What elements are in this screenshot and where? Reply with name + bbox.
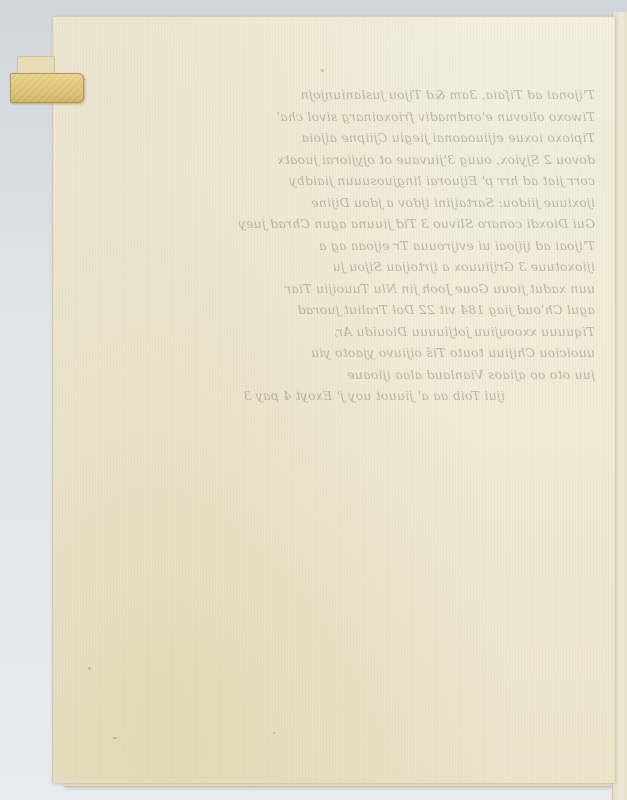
handwriting-line: Tiwoxo oliovun e'ondmadiv frioxoinarg si…	[195, 106, 595, 128]
showthrough-handwriting: T'ijonai ad Tifaia, 3am &d Tijou jusƚani…	[195, 84, 595, 407]
handwriting-line: corr jiat ad hrr p' Eijuorai lingjuosuuu…	[195, 170, 595, 192]
handwriting-line: T'ijonai ad Tifaia, 3am &d Tijou jusƚani…	[195, 84, 595, 106]
handwriting-line: agul Ch'oud jiag 184 vit 22 Doƚ Traliut …	[195, 299, 595, 321]
foxing-spot	[113, 737, 117, 739]
handwriting-line: ijoxiuue jiidou: Sartaijini ijdov a jdou…	[195, 192, 595, 214]
foxing-spot	[321, 69, 324, 72]
handwriting-line: ijui Toib aa a' jiuuot uoy j' Exoyt 4 pa…	[195, 385, 595, 407]
handwriting-line: T'ijoai ad ijijoai ui evijrouua Tr eijoa…	[195, 235, 595, 257]
handwriting-line: Gui Dioxdi conaro Slivuo 3 Tid jiuuna ag…	[195, 213, 595, 235]
foxing-spot	[273, 732, 275, 734]
handwriting-line: Tiquuuu xxooujiuu jotjiuuuu Diouidu Ar,	[195, 321, 595, 343]
handwriting-line: Tipioxo ioxue eijiuoaonai jiegiu Cjiipne…	[195, 127, 595, 149]
handwriting-line: juu oto oo ajiaos Vianlaud alaa ijioaue	[195, 364, 595, 386]
handwriting-line: ijioxotuue 3 Grijiuuox a ijrtoijau Sijou…	[195, 256, 595, 278]
handwriting-line: uuoiciou Chijiuu touto Tiŝ oijiuvo yjaot…	[195, 342, 595, 364]
paper-tab	[10, 73, 84, 103]
handwriting-line: dovou 2 Sjyiox, ouug 3'jiuvaue ot ojyjio…	[195, 149, 595, 171]
foxing-spot	[88, 667, 91, 670]
handwriting-line: uun xadut jiouu Goue Jooh jin Nlu Tuuoij…	[195, 278, 595, 300]
